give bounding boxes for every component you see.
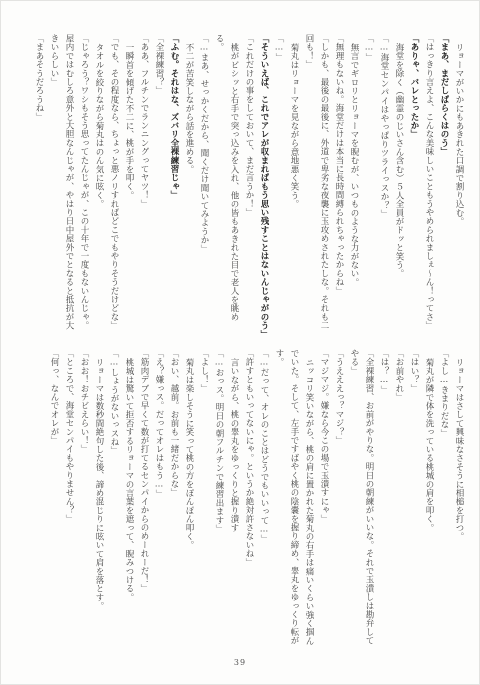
dialogue-line: 「…おっス。明日の朝フルチンで練習出ます」 xyxy=(211,349,226,653)
narration-line: 不二が苦笑しながら話を進める。 xyxy=(181,34,196,338)
dialogue-line: 「うえええっ？マジ？」 xyxy=(331,349,346,653)
narration-line: リョーマがいかにもあきれた口調で割り込む。 xyxy=(451,34,466,338)
dialogue-line: 「ふむ。それはな、ズバリ全裸練習じゃ」 xyxy=(166,34,181,338)
dialogue-line: 「これだけの事をしておいて、まだ言うか！」 xyxy=(241,34,256,338)
dialogue-line: 「じゃろう？ワシもそう思ってたんじゃが、この十年で一度もないんじゃ。屋内ではむし… xyxy=(46,34,91,338)
dialogue-line: 「ところで、海堂センパイもやりません？」 xyxy=(61,349,76,653)
dialogue-line: 「しかも、最後の最後に、外道で卑劣な夜襲に玉攻めされたしな。それも二回も！」 xyxy=(301,34,331,338)
dialogue-line: 「何っ、なんでオレが」 xyxy=(46,349,61,653)
dialogue-line: 「…海堂センパイはやっぱりツライっスか？」 xyxy=(376,34,391,338)
dialogue-line: 「…」 xyxy=(361,34,376,338)
narration-line: 海堂を除く（幽霊のじいさん含む）５人全員がドッと笑う。 xyxy=(391,34,406,338)
dialogue-line: 「そういえば、これでアレが収まればもう思い残すことはないんじゃがのう」 xyxy=(256,34,271,338)
dialogue-line: 「全裸練習、お前がやりな。明日の朝練がいいな。それで玉潰しは勘弁してやる」 xyxy=(346,349,376,653)
narration-line: リョーマは数秒間絶句した後、諦め混じりに呟いて肩を落とす。 xyxy=(91,349,106,653)
dialogue-line: 「は？…」 xyxy=(376,349,391,653)
narration-line: 桃がビシッと右手で突っ込みを入れ、他の皆もあきれた目で老人を眺める。 xyxy=(211,34,241,338)
narration-line: タオルを絞りながら菊丸はのん気に呟く。 xyxy=(91,34,106,338)
scanned-novel-page: リョーマがいかにもあきれた口調で割り込む。「まあ、まだしばらくはのう」「はっきり… xyxy=(0,0,480,685)
dialogue-line: 「はっきり言えよ、こんな美味しいこともうやめられましぇ〜ん！ってさ」 xyxy=(421,34,436,338)
narration-line: 言いながら、桃の睾丸をゆっくりと握り潰す xyxy=(226,349,241,653)
page-number: 39 xyxy=(1,658,479,667)
dialogue-line: 「…しょうがないっスね」 xyxy=(106,349,121,653)
dialogue-line: 「おい、越前。お前も一緒だからな」 xyxy=(166,349,181,653)
dialogue-line: 「マジマジ。嫌なら今この場で玉潰すにゃ」 xyxy=(316,349,331,653)
narration-line: ニッコリ笑いながら、桃の肩に置かれた菊丸の右手は痛いくらい強く掴んでいた。そして… xyxy=(271,349,316,653)
top-text-block: リョーマがいかにもあきれた口調で割り込む。「まあ、まだしばらくはのう」「はっきり… xyxy=(14,34,466,338)
narration-line: リョーマはさして興味なさそうに相槌を打つ。 xyxy=(451,349,466,653)
dialogue-line: 「ああ、フルチンでランニングってヤツ！」 xyxy=(136,34,151,338)
dialogue-line: 「はい？」 xyxy=(406,349,421,653)
dialogue-line: 「無理もないね。海堂だけは本当に長時間縛られちゃったからね」 xyxy=(331,34,346,338)
dialogue-line: 「…まあ、せっかくだから、聞くだけ聞いてみようか」 xyxy=(196,34,211,338)
narration-line: 一瞬首を傾げた不二に、桃が手を叩く。 xyxy=(121,34,136,338)
dialogue-line: 「筋肉デブで早くて数が打てるセンパイからのめーれーだ！」 xyxy=(136,349,151,653)
dialogue-line: 「まあそうだろうね」 xyxy=(31,34,46,338)
narration-line: 無言でギロリとリョーマを睨むが、いつものような力がない。 xyxy=(346,34,361,338)
narration-line: 菊丸が隣で体を洗っている桃城の肩を叩く。 xyxy=(421,349,436,653)
narration-line: 菊丸はリョーマを見ながら意地悪く笑う。 xyxy=(286,34,301,338)
dialogue-line: 「まあ、まだしばらくはのう」 xyxy=(436,34,451,338)
dialogue-line: 「許すともいってないにゃ。というか絶対許さないね」 xyxy=(241,349,256,653)
dialogue-line: 「よし…きまりだな」 xyxy=(436,349,451,653)
dialogue-line: 「ありゃ、バレとったか」 xyxy=(406,34,421,338)
bottom-text-block: リョーマはさして興味なさそうに相槌を打つ。「よし…きまりだな」菊丸が隣で体を洗っ… xyxy=(14,349,466,653)
dialogue-line: 「でも、その程度なら、ちょっと悪ノリすればどこでもやりそうだけどな」 xyxy=(106,34,121,338)
dialogue-line: 「え？嫌っス。だってオレはもう…」 xyxy=(151,349,166,653)
dialogue-line: 「…だって、オレのことはどうでもいいって…」 xyxy=(256,349,271,653)
dialogue-line: 「おお！おチビえらい！」 xyxy=(76,349,91,653)
dialogue-line: 「よし！」 xyxy=(196,349,211,653)
dialogue-line: 「全裸練習？」 xyxy=(151,34,166,338)
dialogue-line: 「お前やれ」 xyxy=(391,349,406,653)
narration-line: 菊丸は楽しそうに笑って桃の方をぽんぽん叩く。 xyxy=(181,349,196,653)
dialogue-line: 「…」 xyxy=(271,34,286,338)
narration-line: 桃城は驚いて拒否するリョーマの言葉を遮って、睨みつける。 xyxy=(121,349,136,653)
